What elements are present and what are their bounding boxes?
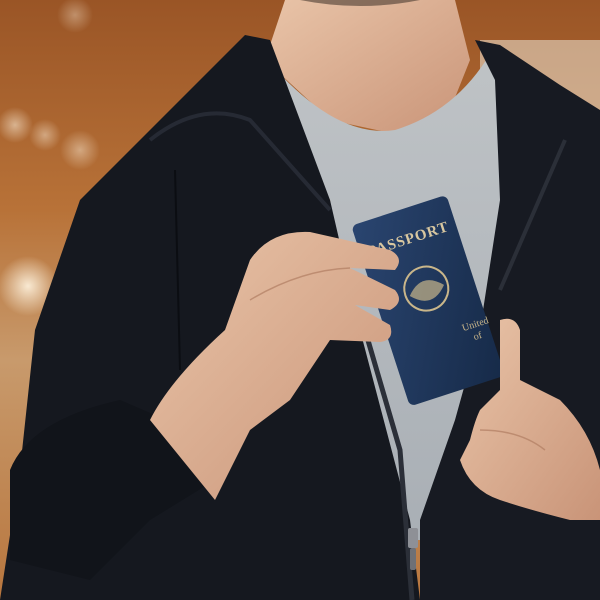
zipper-pull <box>408 528 418 548</box>
photo: PASSPORT United of <box>0 0 600 600</box>
photo-scene: PASSPORT United of <box>0 0 600 600</box>
